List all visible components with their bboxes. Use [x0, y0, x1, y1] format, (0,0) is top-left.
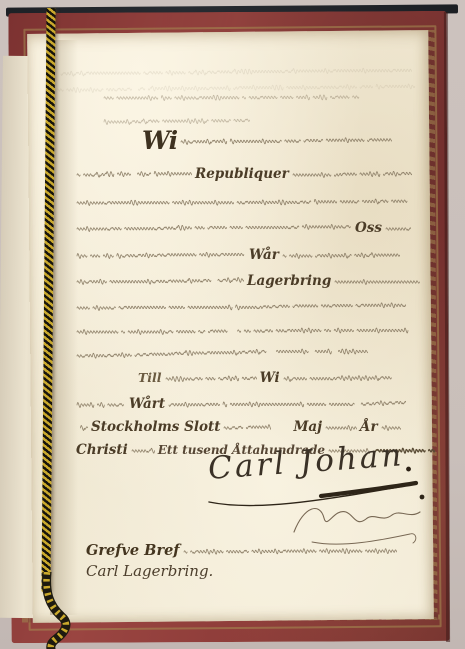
- legible-word: Carl Lagerbring.: [86, 562, 213, 580]
- illegible-script: [76, 298, 406, 315]
- legible-word: Maj: [293, 419, 322, 435]
- legible-word: Republiquer: [195, 166, 289, 182]
- illegible-script: [282, 246, 400, 263]
- body-line: [76, 298, 406, 315]
- legible-word: Wi: [142, 133, 177, 149]
- illegible-script: [76, 346, 368, 363]
- legible-word: Till: [138, 370, 162, 385]
- legible-word: Wårt: [129, 396, 165, 412]
- illegible-script: [180, 132, 392, 149]
- illegible-script: [76, 395, 126, 412]
- illegible-script: [76, 165, 192, 182]
- legible-word: Wår: [249, 247, 279, 263]
- legible-word: Wi: [260, 370, 280, 386]
- illegible-script: [385, 219, 411, 236]
- legible-word: Stockholms Slott: [91, 419, 220, 435]
- legible-word: Lagerbring: [247, 273, 331, 289]
- illegible-script: [76, 322, 410, 339]
- body-line: [76, 346, 368, 363]
- body-line: Lagerbring: [76, 272, 420, 289]
- body-line: [76, 193, 408, 210]
- illegible-script: [103, 112, 251, 129]
- illegible-script: [76, 418, 88, 435]
- body-line: Wårt: [76, 395, 406, 412]
- body-line: [76, 322, 410, 339]
- intro-line: [103, 88, 360, 105]
- illegible-script: [165, 369, 257, 386]
- illegible-script: [76, 246, 246, 263]
- legible-word: Oss: [355, 220, 382, 236]
- legible-word: Christi: [76, 442, 128, 458]
- illegible-script: [283, 369, 393, 386]
- illegible-script: [76, 193, 408, 210]
- illegible-script: [131, 441, 155, 458]
- countersignature-flourish: [290, 496, 435, 552]
- illegible-script: [381, 418, 401, 435]
- body-line: Oss: [76, 219, 411, 236]
- illegible-script: [292, 165, 412, 182]
- illegible-script: [103, 88, 360, 105]
- docket-line: Carl Lagerbring.: [86, 562, 213, 579]
- intro-line: [103, 112, 251, 129]
- body-line: Wi: [142, 132, 392, 149]
- illegible-script: [60, 64, 412, 81]
- body-line: Wår: [76, 246, 400, 263]
- body-line: Republiquer: [76, 165, 412, 182]
- illegible-script: [168, 395, 406, 412]
- illegible-script: [223, 418, 271, 435]
- illegible-script: [76, 272, 244, 289]
- document-scan: WiRepubliquerOssWårLagerbringTillWiWårtS…: [0, 0, 465, 649]
- ghost-line: [60, 64, 412, 81]
- legible-word: År: [360, 419, 378, 435]
- body-line: TillWi: [138, 369, 393, 386]
- body-line: Stockholms SlottMajÅr: [76, 418, 401, 435]
- illegible-script: [334, 272, 420, 289]
- illegible-script: [76, 219, 352, 236]
- legible-word: Grefve Bref: [86, 542, 180, 559]
- illegible-script: [325, 418, 357, 435]
